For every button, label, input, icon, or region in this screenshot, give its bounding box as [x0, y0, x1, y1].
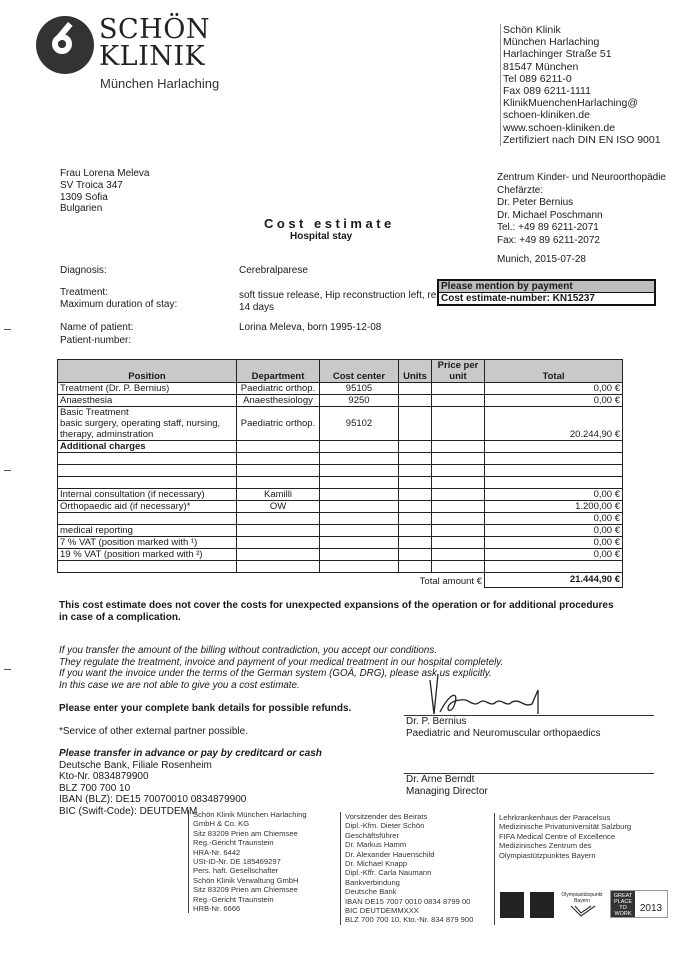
footer-line: Sitz 83209 Prien am Chiemsee	[193, 885, 307, 894]
footer-line: Olympiastützpunktes Bayern	[499, 851, 631, 860]
bank-line: Kto-Nr. 0834879900	[59, 771, 322, 783]
cell-cost-center	[320, 489, 399, 501]
footer-line: IBAN DE15 7007 0010 0834 8799 00	[345, 897, 473, 906]
cell-department: OW	[237, 501, 320, 513]
cell-position: medical reporting	[58, 525, 237, 537]
address-line: Tel 089 6211-0	[503, 73, 661, 85]
cell-total: 1.200,00 €	[485, 501, 623, 513]
footer-line: Sitz 83209 Prien am Chiemsee	[193, 829, 307, 838]
duration-label: Maximum duration of stay:	[60, 299, 177, 310]
cell-units	[399, 549, 432, 561]
patient-name-label: Name of patient:	[60, 322, 133, 333]
footer-line: Schön Klinik Verwaltung GmbH	[193, 876, 307, 885]
duration-value: 14 days	[239, 302, 274, 313]
cell-position: 19 % VAT (position marked with ²)	[58, 549, 237, 561]
logo-subtitle: München Harlaching	[100, 76, 219, 91]
footer-board-info: Vorsitzender des BeiratsDipl.-Kfm. Diete…	[340, 812, 473, 925]
footer-line: Deutsche Bank	[345, 887, 473, 896]
address-line: Zertifiziert nach DIN EN ISO 9001	[503, 134, 661, 146]
cell-price-per-unit	[432, 537, 485, 549]
cell-total: 0,00 €	[485, 525, 623, 537]
cell-units	[399, 395, 432, 407]
cell-units	[399, 561, 432, 573]
cell-position: Treatment (Dr. P. Bernius)	[58, 383, 237, 395]
cell-total: 0,00 €	[485, 549, 623, 561]
service-note: *Service of other external partner possi…	[59, 726, 248, 737]
cell-price-per-unit	[432, 513, 485, 525]
total-value: 21.444,90 €	[485, 573, 623, 588]
cell-cost-center	[320, 525, 399, 537]
cell-price-per-unit	[432, 561, 485, 573]
great-place-to-work-badge-icon: GREAT PLACE TO WORK 2013	[610, 890, 668, 918]
footer-line: Reg.-Gericht Traunstein	[193, 838, 307, 847]
cell-total: 0,00 €	[485, 383, 623, 395]
cell-total: 0,00 €	[485, 537, 623, 549]
cell-department: Paediatric orthop.	[237, 407, 320, 441]
cell-price-per-unit	[432, 465, 485, 477]
cell-position	[58, 453, 237, 465]
cell-position: 7 % VAT (position marked with ¹)	[58, 537, 237, 549]
certification-badges: Olympiastützpunkt Bayern GREAT PLACE TO …	[500, 890, 668, 918]
document-subtitle: Hospital stay	[290, 231, 352, 242]
footer-line: HRB-Nr. 6666	[193, 904, 307, 913]
footer-line: Geschäftsführer	[345, 831, 473, 840]
bank-line: Deutsche Bank, Filiale Rosenheim	[59, 760, 322, 772]
footer-line: BIC DEUTDEMMXXX	[345, 906, 473, 915]
conditions-line: If you transfer the amount of the billin…	[59, 645, 503, 657]
cell-position: Anaesthesia	[58, 395, 237, 407]
cell-cost-center	[320, 441, 399, 453]
cell-cost-center	[320, 501, 399, 513]
bank-details: Please transfer in advance or pay by cre…	[59, 748, 322, 818]
cell-department: Anaesthesiology	[237, 395, 320, 407]
header-position: Position	[58, 360, 237, 383]
cell-price-per-unit	[432, 395, 485, 407]
clinic-address-block: Schön Klinik München Harlaching Harlachi…	[500, 24, 661, 146]
cell-cost-center	[320, 465, 399, 477]
footer-line: Lehrkrankenhaus der Paracelsus	[499, 813, 631, 822]
recipient-address: Frau Lorena Meleva SV Troica 347 1309 So…	[60, 168, 150, 215]
footer-line: Dipl.-Kfm. Dieter Schön	[345, 821, 473, 830]
cell-position	[58, 513, 237, 525]
bank-refund-note: Please enter your complete bank details …	[59, 703, 351, 714]
department-line: Dr. Michael Poschmann	[497, 210, 680, 223]
department-line: Tel.: +49 89 6211-2071	[497, 222, 680, 235]
document-title: Cost estimate	[264, 216, 395, 231]
cell-units	[399, 453, 432, 465]
total-row: Total amount € 21.444,90 €	[58, 573, 623, 588]
footer-line: FIFA Medical Centre of Excellence	[499, 832, 631, 841]
cell-total: 0,00 €	[485, 395, 623, 407]
footer-line: HRA-Nr. 6442	[193, 848, 307, 857]
cell-department	[237, 537, 320, 549]
bank-line: BLZ 700 700 10	[59, 783, 322, 795]
footer-line: Vorsitzender des Beirats	[345, 812, 473, 821]
footer-line: Dr. Alexander Hauenschild	[345, 850, 473, 859]
cell-total	[485, 561, 623, 573]
table-row: Internal consultation (if necessary)Kami…	[58, 489, 623, 501]
footer-line: Pers. haft. Gesellschafter	[193, 866, 307, 875]
cell-cost-center	[320, 549, 399, 561]
cell-total: 0,00 €	[485, 489, 623, 501]
margin-mark	[4, 669, 11, 670]
gptw-year: 2013	[635, 891, 667, 917]
cell-department: Paediatric orthop.	[237, 383, 320, 395]
cell-position	[58, 561, 237, 573]
diagnosis-label: Diagnosis:	[60, 265, 107, 276]
cell-cost-center: 9250	[320, 395, 399, 407]
footer-line: Dipl.-Kffr. Carla Naumann	[345, 868, 473, 877]
cell-units	[399, 501, 432, 513]
address-line: 81547 München	[503, 61, 661, 73]
cell-department	[237, 513, 320, 525]
logo-line-1: SCHÖN	[99, 16, 210, 43]
cell-total	[485, 477, 623, 489]
bank-line: IBAN (BLZ): DE15 70070010 0834879900	[59, 794, 322, 806]
cell-total: 0,00 €	[485, 513, 623, 525]
footer-line: BLZ 700 700 10, Kto.-Nr. 834 879 900	[345, 915, 473, 924]
department-line: Zentrum Kinder- und Neuroorthopädie	[497, 172, 680, 185]
table-row	[58, 477, 623, 489]
payment-reference-heading: Please mention by payment	[439, 281, 654, 293]
cell-cost-center	[320, 513, 399, 525]
cell-units	[399, 489, 432, 501]
cell-department	[237, 465, 320, 477]
cell-total	[485, 453, 623, 465]
cell-price-per-unit	[432, 549, 485, 561]
olympia-badge-text: Olympiastützpunkt Bayern	[560, 892, 604, 904]
header-total: Total	[485, 360, 623, 383]
cell-price-per-unit	[432, 441, 485, 453]
cell-price-per-unit	[432, 407, 485, 441]
table-row: AnaesthesiaAnaesthesiology92500,00 €	[58, 395, 623, 407]
address-line: KlinikMuenchenHarlaching@	[503, 97, 661, 109]
address-line: München Harlaching	[503, 36, 661, 48]
recipient-line: Frau Lorena Meleva	[60, 168, 150, 180]
payment-reference-box: Please mention by payment Cost estimate-…	[437, 279, 656, 306]
cell-units	[399, 477, 432, 489]
table-row: Additional charges	[58, 441, 623, 453]
cell-units	[399, 537, 432, 549]
cell-units	[399, 525, 432, 537]
cell-price-per-unit	[432, 489, 485, 501]
cell-total: 20.244,90 €	[485, 407, 623, 441]
logo-wordmark: SCHÖN KLINIK	[99, 16, 210, 70]
footer-line: Reg.-Gericht Traunstein	[193, 895, 307, 904]
cell-department	[237, 549, 320, 561]
address-line: Schön Klinik	[503, 24, 661, 36]
cell-units	[399, 383, 432, 395]
fifa-badge-icon	[530, 892, 554, 918]
schoen-klinik-logo-icon	[36, 16, 94, 74]
cell-department	[237, 477, 320, 489]
table-header-row: Position Department Cost center Units Pr…	[58, 360, 623, 383]
table-row: Orthopaedic aid (if necessary)*OW1.200,0…	[58, 501, 623, 513]
cell-department	[237, 561, 320, 573]
table-row	[58, 453, 623, 465]
footer-line: GmbH & Co. KG	[193, 819, 307, 828]
header-cost-center: Cost center	[320, 360, 399, 383]
recipient-line: 1309 Sofia	[60, 192, 150, 204]
cell-position	[58, 477, 237, 489]
margin-mark	[4, 329, 11, 330]
table-row	[58, 465, 623, 477]
department-line: Dr. Peter Bernius	[497, 197, 680, 210]
table-row: Basic Treatment basic surgery, operating…	[58, 407, 623, 441]
signatory-role: Paediatric and Neuromuscular orthopaedic…	[406, 728, 601, 740]
treatment-value: soft tissue release, Hip reconstruction …	[239, 290, 437, 301]
paracelsus-badge-icon	[500, 892, 524, 918]
cell-total	[485, 441, 623, 453]
cell-price-per-unit	[432, 383, 485, 395]
cell-units	[399, 407, 432, 441]
cell-cost-center	[320, 477, 399, 489]
cell-department: Kamilli	[237, 489, 320, 501]
address-line: www.schoen-kliniken.de	[503, 122, 661, 134]
header-price-per-unit: Price per unit	[432, 360, 485, 383]
total-label: Total amount €	[58, 573, 485, 588]
cell-units	[399, 513, 432, 525]
cell-price-per-unit	[432, 477, 485, 489]
header-units: Units	[399, 360, 432, 383]
recipient-line: Bulgarien	[60, 203, 150, 215]
conditions-line: They regulate the treatment, invoice and…	[59, 657, 503, 669]
footer-line: Schön Klinik München Harlaching	[193, 810, 307, 819]
cell-position: Additional charges	[58, 441, 237, 453]
footer-line: Medizinisches Zentrum des	[499, 841, 631, 850]
margin-mark	[4, 470, 11, 471]
cell-position	[58, 465, 237, 477]
cost-estimate-number: Cost estimate-number: KN15237	[439, 293, 654, 304]
cell-price-per-unit	[432, 501, 485, 513]
footer-line: Bankverbindung	[345, 878, 473, 887]
table-row: 19 % VAT (position marked with ²)0,00 €	[58, 549, 623, 561]
cell-cost-center: 95102	[320, 407, 399, 441]
cost-table: Position Department Cost center Units Pr…	[57, 359, 623, 588]
footer-line: Medizinische Privatuniversität Salzburg	[499, 822, 631, 831]
department-line: Chefärzte:	[497, 185, 680, 198]
address-line: Harlachinger Straße 51	[503, 48, 661, 60]
table-row: Treatment (Dr. P. Bernius)Paediatric ort…	[58, 383, 623, 395]
cell-price-per-unit	[432, 525, 485, 537]
table-row: 0,00 €	[58, 513, 623, 525]
signatory-role: Managing Director	[406, 786, 488, 798]
cell-department	[237, 453, 320, 465]
cell-position: Basic Treatment basic surgery, operating…	[58, 407, 237, 441]
cost-notice: This cost estimate does not cover the co…	[59, 600, 619, 624]
treatment-label: Treatment:	[60, 287, 108, 298]
cell-total	[485, 465, 623, 477]
patient-name-value: Lorina Meleva, born 1995-12-08	[239, 322, 381, 333]
footer-line: USt-ID-Nr. DE 185469297	[193, 857, 307, 866]
cell-position: Orthopaedic aid (if necessary)*	[58, 501, 237, 513]
signatory-name: Dr. Arne Berndt	[406, 774, 488, 786]
signatory-name: Dr. P. Bernius	[406, 716, 601, 728]
address-line: Fax 089 6211-1111	[503, 85, 661, 97]
cell-cost-center	[320, 453, 399, 465]
cell-department	[237, 441, 320, 453]
footer-company-info: Schön Klinik München HarlachingGmbH & Co…	[188, 810, 307, 913]
cell-position: Internal consultation (if necessary)	[58, 489, 237, 501]
bank-heading: Please transfer in advance or pay by cre…	[59, 748, 322, 760]
department-line: Fax: +49 89 6211-2072	[497, 235, 680, 248]
recipient-line: SV Troica 347	[60, 180, 150, 192]
cell-units	[399, 465, 432, 477]
patient-number-label: Patient-number:	[60, 335, 131, 346]
diagnosis-value: Cerebralparese	[239, 265, 308, 276]
footer-line: Dr. Markus Hamm	[345, 840, 473, 849]
table-row: medical reporting0,00 €	[58, 525, 623, 537]
document-date: Munich, 2015-07-28	[497, 254, 586, 265]
cell-department	[237, 525, 320, 537]
gptw-text: GREAT PLACE TO WORK	[611, 891, 635, 917]
table-row: 7 % VAT (position marked with ¹)0,00 €	[58, 537, 623, 549]
cell-units	[399, 441, 432, 453]
cell-cost-center: 95105	[320, 383, 399, 395]
signatory-2: Dr. Arne Berndt Managing Director	[406, 774, 488, 798]
address-line: schoen-kliniken.de	[503, 109, 661, 121]
table-row	[58, 561, 623, 573]
cell-cost-center	[320, 561, 399, 573]
olympiastuetzpunkt-badge-icon: Olympiastützpunkt Bayern	[560, 892, 604, 918]
footer-line: Dr. Michael Knapp	[345, 859, 473, 868]
cell-price-per-unit	[432, 453, 485, 465]
department-block: Zentrum Kinder- und Neuroorthopädie Chef…	[497, 172, 680, 247]
cell-cost-center	[320, 537, 399, 549]
signatory-1: Dr. P. Bernius Paediatric and Neuromuscu…	[406, 716, 601, 740]
header-department: Department	[237, 360, 320, 383]
logo-line-2: KLINIK	[99, 43, 210, 70]
